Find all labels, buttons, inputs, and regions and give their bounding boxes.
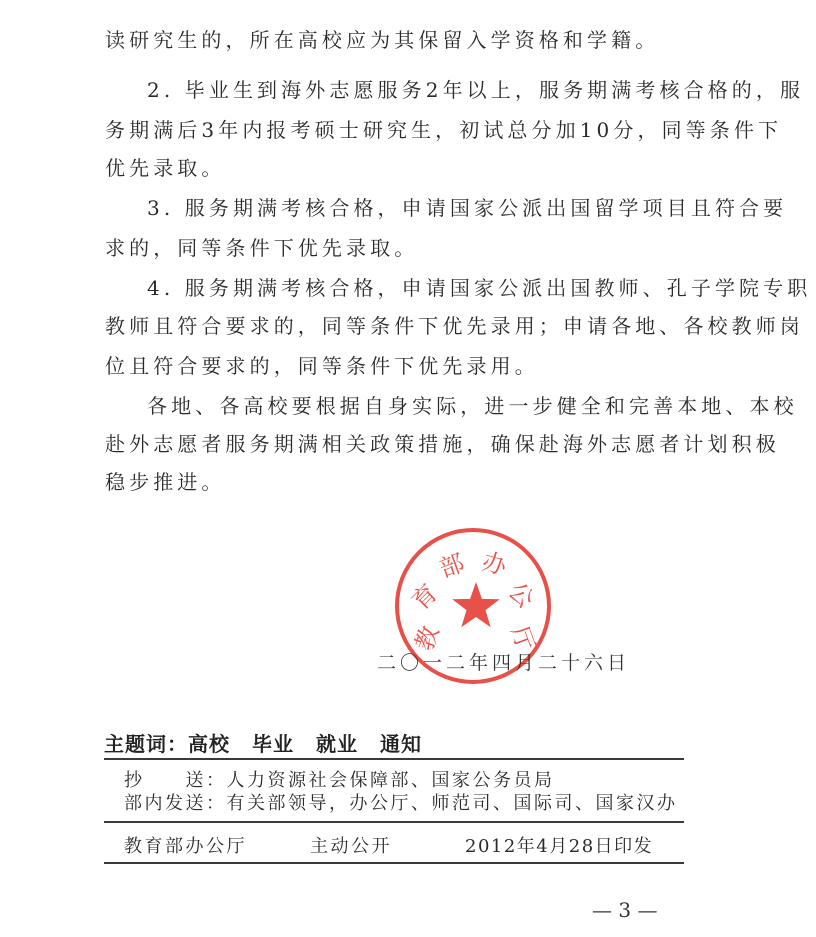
disclosure-type: 主动公开 <box>310 832 392 858</box>
item-4-line-1: 4. 服务期满考核合格，申请国家公派出国教师、孔子学院专职 <box>147 272 811 301</box>
item-2-line-3: 优先录取。 <box>105 152 226 181</box>
keyword-4: 通知 <box>380 732 422 756</box>
star-icon <box>451 580 501 630</box>
divider-3 <box>104 862 684 864</box>
internal-value: 有关部领导，办公厅、师范司、国际司、国家汉办 <box>227 793 678 814</box>
print-date: 2012年4月28日印发 <box>465 832 653 858</box>
subject-keywords: 主题词：高校毕业就业通知 <box>104 728 444 757</box>
item-3-line-2: 求的，同等条件下优先录取。 <box>105 232 418 261</box>
item-2-line-2: 务期满后3年内报考硕士研究生，初试总分加10分，同等条件下 <box>105 114 782 143</box>
divider-1 <box>104 758 684 760</box>
item-4-line-3: 位且符合要求的，同等条件下优先录用。 <box>105 350 539 379</box>
item-4-line-2: 教师且符合要求的，同等条件下优先录用；申请各地、各校教师岗 <box>105 310 804 339</box>
closing-line-2: 赴外志愿者服务期满相关政策措施，确保赴海外志愿者计划积极 <box>105 428 780 457</box>
seal-char-4: 办 <box>479 541 511 581</box>
cc-label: 抄 送： <box>124 770 227 791</box>
keyword-2: 毕业 <box>252 732 294 756</box>
keywords-label: 主题词： <box>104 732 188 756</box>
cc-value: 人力资源社会保障部、国家公务员局 <box>227 770 555 791</box>
body-line-1: 读研究生的，所在高校应为其保留入学资格和学籍。 <box>105 24 659 53</box>
keyword-1: 高校 <box>188 732 230 756</box>
signature-date: 二〇一二年四月二十六日 <box>377 648 630 675</box>
item-3-line-1: 3. 服务期满考核合格，申请国家公派出国留学项目且符合要 <box>147 192 787 221</box>
closing-line-1: 各地、各高校要根据自身实际，进一步健全和完善本地、本校 <box>147 390 798 419</box>
seal-char-3: 部 <box>434 543 469 584</box>
divider-2 <box>104 821 684 823</box>
closing-line-3: 稳步推进。 <box>105 466 226 495</box>
issuer: 教育部办公厅 <box>124 832 247 858</box>
page-number: — 3 — <box>592 898 657 922</box>
internal-distribution-line: 部内发送：有关部领导，办公厅、师范司、国际司、国家汉办 <box>124 789 678 815</box>
keyword-3: 就业 <box>316 732 358 756</box>
item-2-line-1: 2. 毕业生到海外志愿服务2年以上，服务期满考核合格的，服 <box>147 74 804 103</box>
seal-char-5: 公 <box>502 573 544 615</box>
internal-label: 部内发送： <box>124 793 227 814</box>
seal-char-2: 育 <box>402 575 444 617</box>
